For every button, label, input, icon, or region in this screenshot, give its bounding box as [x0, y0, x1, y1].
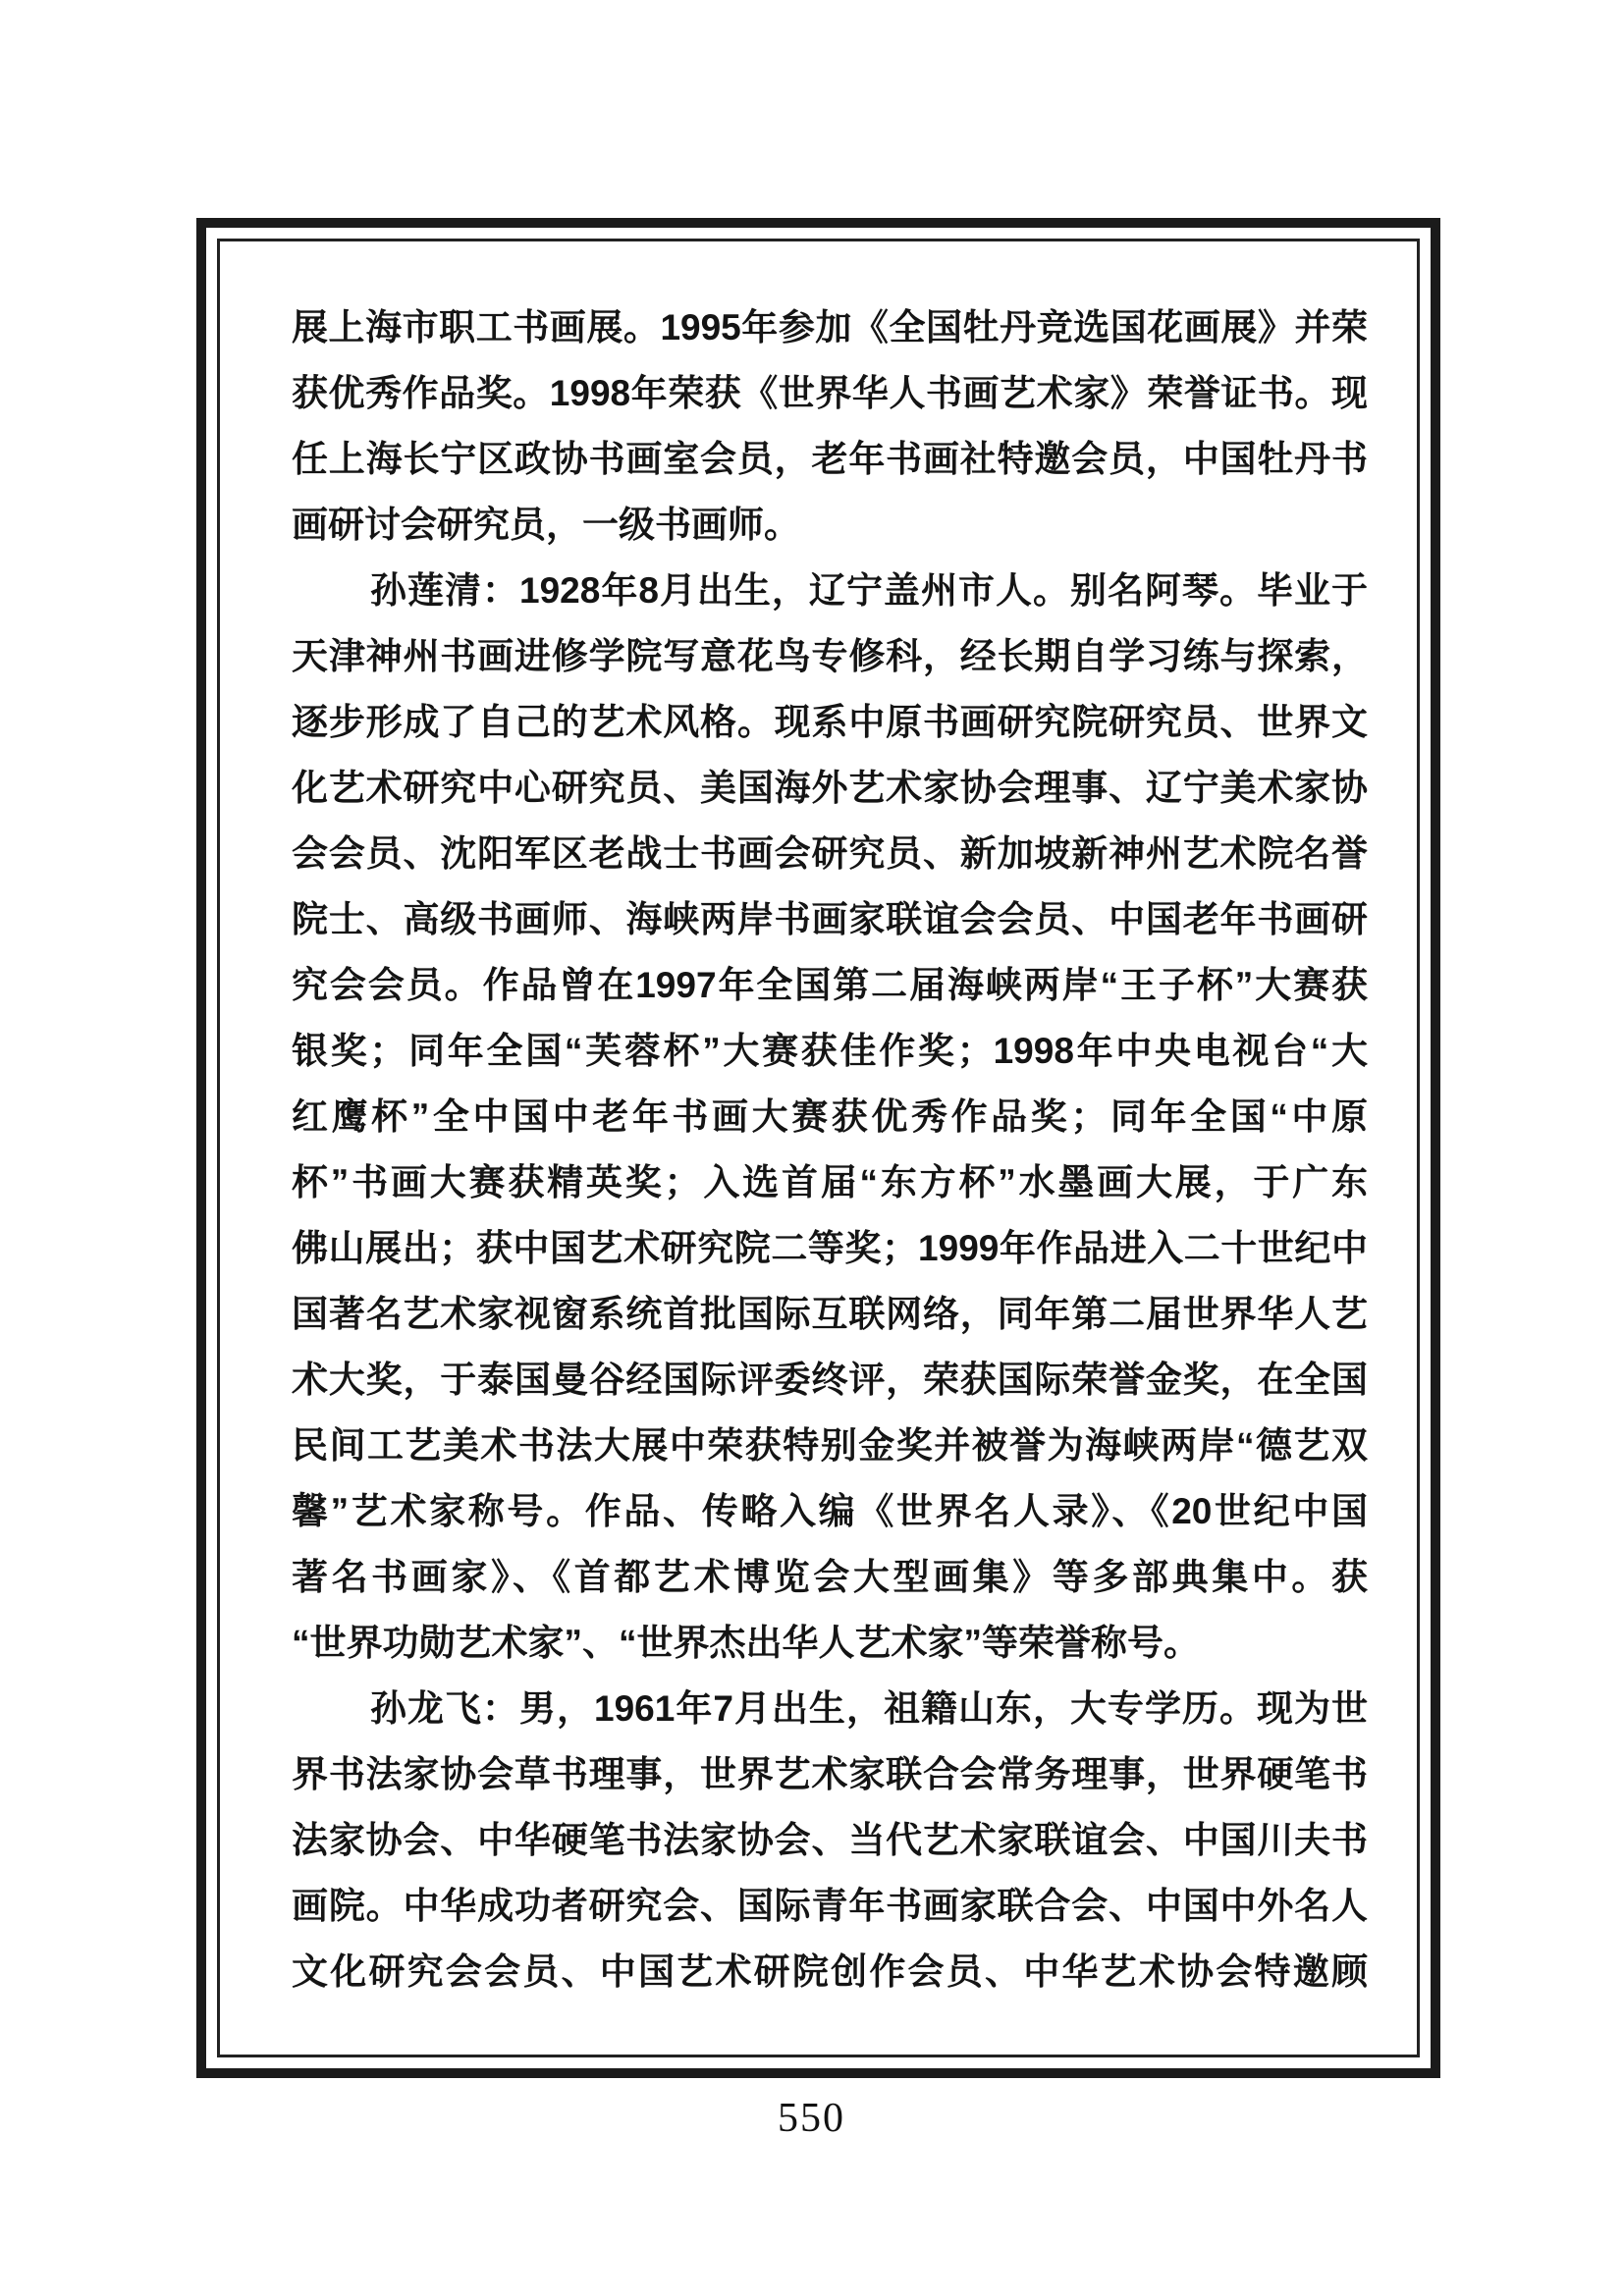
text-line: 画院。中华成功者研究会、国际青年书画家联合会、中国中外名人: [292, 1873, 1368, 1939]
text-block: 展上海市职工书画展。1995年参加《全国牡丹竞选国花画展》并荣 获优秀作品奖。1…: [292, 294, 1368, 2004]
text-line: 孙龙飞：男，1961年7月出生，祖籍山东，大专学历。现为世: [292, 1676, 1368, 1741]
text-line: 佛山展出；获中国艺术研究院二等奖；1999年作品进入二十世纪中: [292, 1215, 1368, 1281]
text-line: 银奖；同年全国“芙蓉杯”大赛获佳作奖；1998年中央电视台“大: [292, 1018, 1368, 1084]
text-line: “世界功勋艺术家”、“世界杰出华人艺术家”等荣誉称号。: [292, 1610, 1368, 1676]
text-line: 逐步形成了自己的艺术风格。现系中原书画研究院研究员、世界文: [292, 689, 1368, 755]
text-line: 界书法家协会草书理事，世界艺术家联合会常务理事，世界硬笔书: [292, 1741, 1368, 1807]
text-line: 文化研究会会员、中国艺术研院创作会员、中华艺术协会特邀顾: [292, 1939, 1368, 2004]
text-line: 院士、高级书画师、海峡两岸书画家联谊会会员、中国老年书画研: [292, 886, 1368, 952]
text-line: 法家协会、中华硬笔书法家协会、当代艺术家联谊会、中国川夫书: [292, 1807, 1368, 1873]
text-line: 化艺术研究中心研究员、美国海外艺术家协会理事、辽宁美术家协: [292, 755, 1368, 821]
page-number: 550: [0, 2095, 1623, 2142]
text-line: 杯”书画大赛获精英奖；入选首届“东方杯”水墨画大展，于广东: [292, 1149, 1368, 1215]
text-line: 天津神州书画进修学院写意花鸟专修科，经长期自学习练与探索，: [292, 623, 1368, 689]
text-line: 国著名艺术家视窗系统首批国际互联网络，同年第二届世界华人艺: [292, 1281, 1368, 1347]
text-line: 究会会员。作品曾在1997年全国第二届海峡两岸“王子杯”大赛获: [292, 952, 1368, 1018]
text-line: 画研讨会研究员，一级书画师。: [292, 492, 1368, 558]
text-line: 获优秀作品奖。1998年荣获《世界华人书画艺术家》荣誉证书。现: [292, 360, 1368, 426]
text-line: 展上海市职工书画展。1995年参加《全国牡丹竞选国花画展》并荣: [292, 294, 1368, 360]
text-line: 民间工艺美术书法大展中荣获特别金奖并被誉为海峡两岸“德艺双: [292, 1413, 1368, 1478]
text-line: 任上海长宁区政协书画室会员，老年书画社特邀会员，中国牡丹书: [292, 426, 1368, 492]
text-line: 会会员、沈阳军区老战士书画会研究员、新加坡新神州艺术院名誉: [292, 821, 1368, 886]
text-line: 术大奖，于泰国曼谷经国际评委终评，荣获国际荣誉金奖，在全国: [292, 1347, 1368, 1413]
text-line: 馨”艺术家称号。作品、传略入编《世界名人录》、《20世纪中国: [292, 1478, 1368, 1544]
text-line: 红鹰杯”全中国中老年书画大赛获优秀作品奖；同年全国“中原: [292, 1084, 1368, 1149]
text-line: 著名书画家》、《首都艺术博览会大型画集》等多部典集中。获: [292, 1544, 1368, 1610]
text-line: 孙莲清：1928年8月出生，辽宁盖州市人。别名阿琴。毕业于: [292, 558, 1368, 623]
